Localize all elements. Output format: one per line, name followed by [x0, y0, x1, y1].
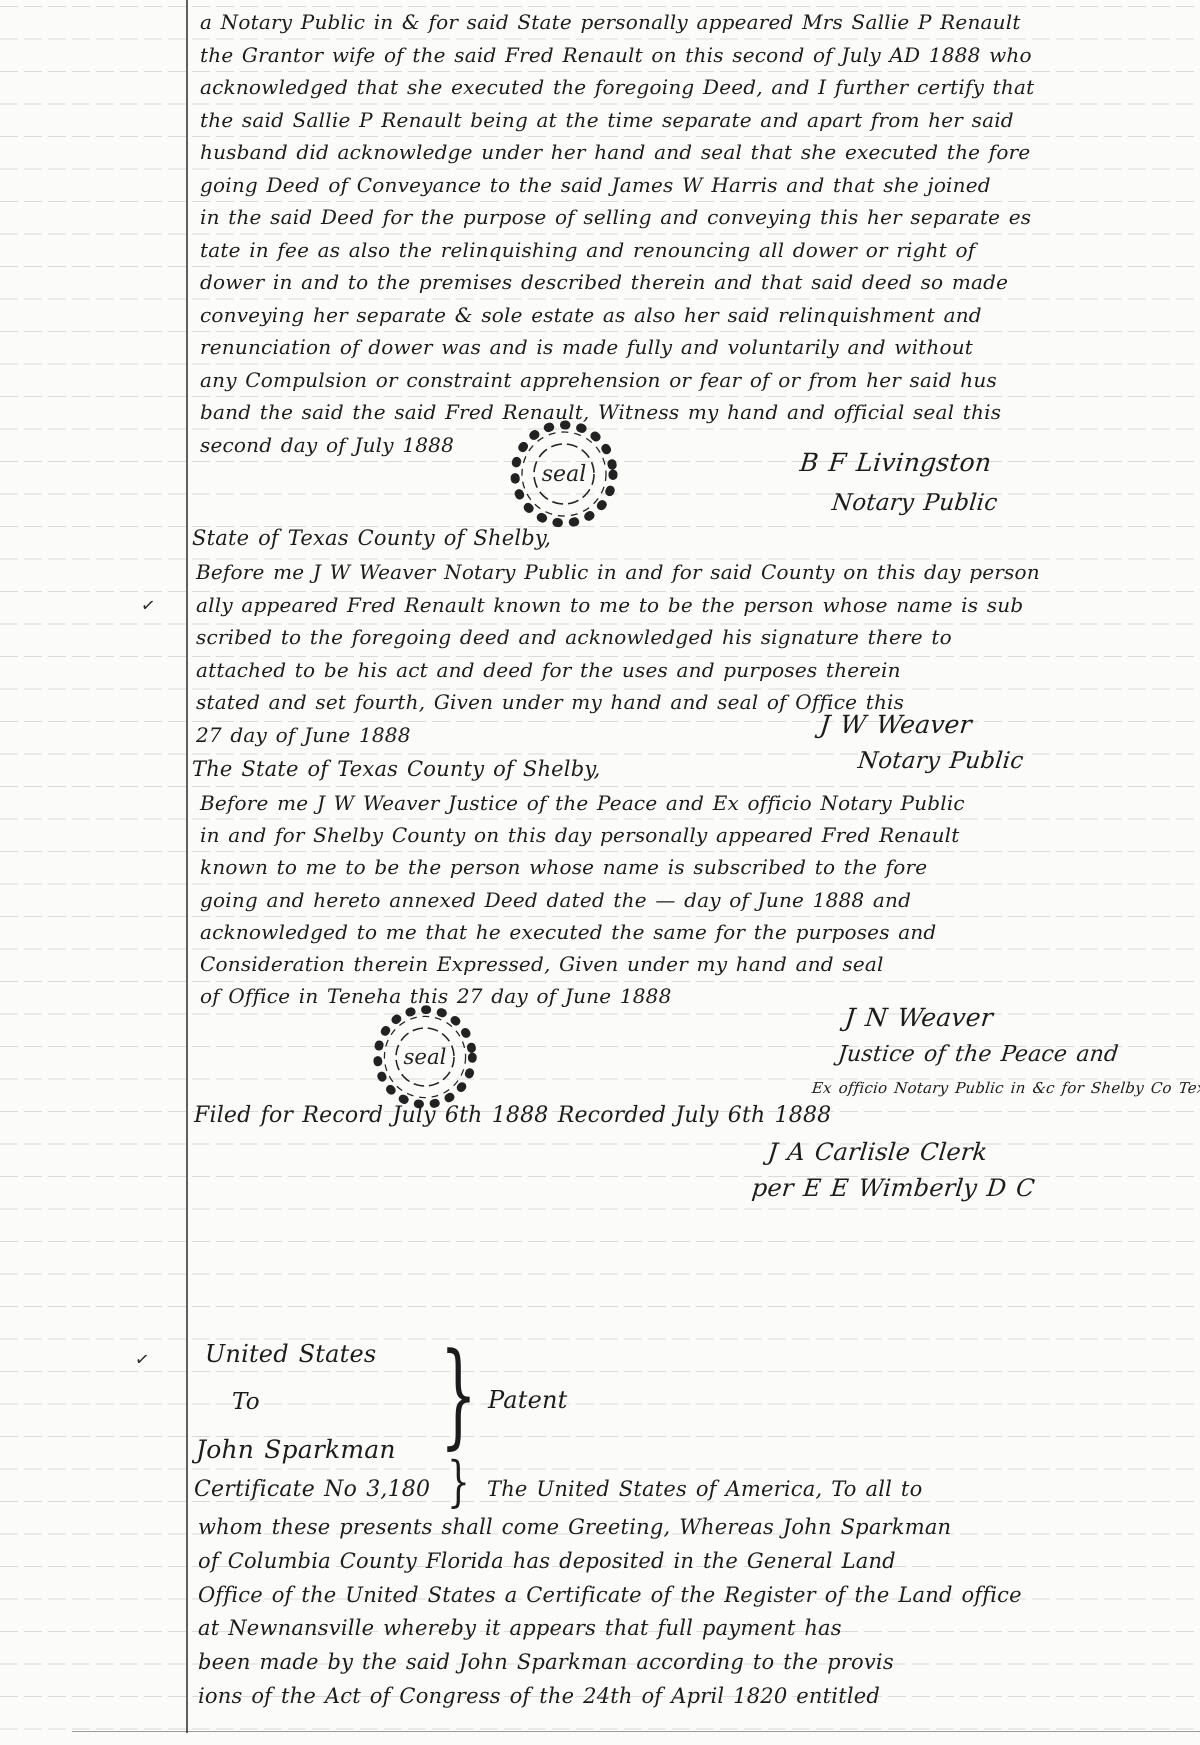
handwritten-line: husband did acknowledge under her hand a…: [200, 136, 1090, 169]
caption-brace: }: [440, 1328, 477, 1461]
filing-record-line: Filed for Record July 6th 1888 Recorded …: [194, 1103, 831, 1128]
handwritten-line: going and hereto annexed Deed dated the …: [200, 884, 1090, 916]
handwritten-line: in and for Shelby County on this day per…: [200, 819, 1090, 851]
venue-heading: The State of Texas County of Shelby,: [192, 753, 601, 786]
handwritten-line: at Newnansville whereby it appears that …: [198, 1612, 1088, 1646]
handwritten-line: any Compulsion or constraint apprehensio…: [200, 364, 1090, 397]
notary-seal-drawing: seal: [505, 415, 623, 533]
signature-deputy-clerk: per E E Wimberly D C: [751, 1174, 1037, 1202]
bottom-page-rule: [72, 1731, 1200, 1732]
handwritten-line: renunciation of dower was and is made fu…: [200, 331, 1090, 364]
signature-weaver-jp-title1: Justice of the Peace and: [837, 1042, 1120, 1067]
seal-scallop-icon: seal: [368, 1000, 482, 1114]
notary-seal-drawing: seal: [368, 1000, 482, 1114]
handwritten-line: a Notary Public in & for said State pers…: [200, 6, 1090, 39]
seal-word: seal: [542, 462, 586, 487]
handwritten-line: ions of the Act of Congress of the 24th …: [198, 1680, 1088, 1714]
handwritten-line: the said Sallie P Renault being at the t…: [200, 104, 1090, 137]
signature-clerk: J A Carlisle Clerk: [767, 1138, 989, 1166]
handwritten-line: attached to be his act and deed for the …: [196, 654, 1086, 687]
handwritten-line: acknowledged to me that he executed the …: [200, 916, 1090, 948]
caption-brace: }: [447, 1452, 470, 1514]
deed-record-page: ✓ ✓ a Notary Public in & for said State …: [0, 0, 1200, 1745]
handwritten-line: Consideration therein Expressed, Given u…: [200, 948, 1090, 980]
left-margin-rule: [186, 0, 188, 1733]
handwritten-line: Before me J W Weaver Notary Public in an…: [196, 556, 1086, 589]
handwritten-line: tate in fee as also the relinquishing an…: [200, 234, 1090, 267]
patent-label: Patent: [488, 1384, 568, 1417]
signature-livingston: B F Livingston: [798, 448, 992, 477]
handwritten-line: of Columbia County Florida has deposited…: [198, 1545, 1088, 1579]
check-mark-icon: ✓: [140, 595, 157, 617]
handwritten-line: whom these presents shall come Greeting,…: [198, 1511, 1088, 1545]
patent-party-united-states: United States: [205, 1338, 376, 1371]
signature-weaver-jp: J N Weaver: [843, 1003, 994, 1032]
handwritten-line: Before me J W Weaver Justice of the Peac…: [200, 787, 1090, 819]
acknowledgment-sallie-paragraph: a Notary Public in & for said State pers…: [200, 6, 1090, 461]
signature-livingston-title: Notary Public: [831, 490, 999, 516]
handwritten-line: the Grantor wife of the said Fred Renaul…: [200, 39, 1090, 72]
handwritten-line: ally appeared Fred Renault known to me t…: [196, 589, 1086, 622]
signature-weaver-notary: J W Weaver: [818, 710, 973, 739]
handwritten-line: Office of the United States a Certificat…: [198, 1579, 1088, 1613]
venue-heading: State of Texas County of Shelby,: [192, 522, 551, 555]
handwritten-line: scribed to the foregoing deed and acknow…: [196, 621, 1086, 654]
seal-scallop-icon: seal: [505, 415, 623, 533]
patent-connector-to: To: [232, 1386, 260, 1419]
patent-certificate-number: Certificate No 3,180: [194, 1474, 430, 1507]
handwritten-line: dower in and to the premises described t…: [200, 266, 1090, 299]
seal-word: seal: [404, 1045, 447, 1070]
acknowledgment-annexed-deed-paragraph: Before me J W Weaver Justice of the Peac…: [200, 787, 1090, 1012]
patent-opening-line: The United States of America, To all to: [487, 1473, 922, 1506]
handwritten-line: conveying her separate & sole estate as …: [200, 299, 1090, 332]
handwritten-line: going Deed of Conveyance to the said Jam…: [200, 169, 1090, 202]
patent-body-paragraph: whom these presents shall come Greeting,…: [198, 1511, 1088, 1714]
handwritten-line: in the said Deed for the purpose of sell…: [200, 201, 1090, 234]
handwritten-line: acknowledged that she executed the foreg…: [200, 71, 1090, 104]
check-mark-icon: ✓: [134, 1349, 151, 1371]
signature-weaver-notary-title: Notary Public: [857, 748, 1025, 774]
handwritten-line: been made by the said John Sparkman acco…: [198, 1646, 1088, 1680]
patent-party-john-sparkman: John Sparkman: [196, 1434, 396, 1467]
handwritten-line: known to me to be the person whose name …: [200, 851, 1090, 883]
handwritten-line: band the said the said Fred Renault, Wit…: [200, 396, 1090, 429]
signature-weaver-jp-title2: Ex officio Notary Public in &c for Shelb…: [811, 1079, 1200, 1097]
